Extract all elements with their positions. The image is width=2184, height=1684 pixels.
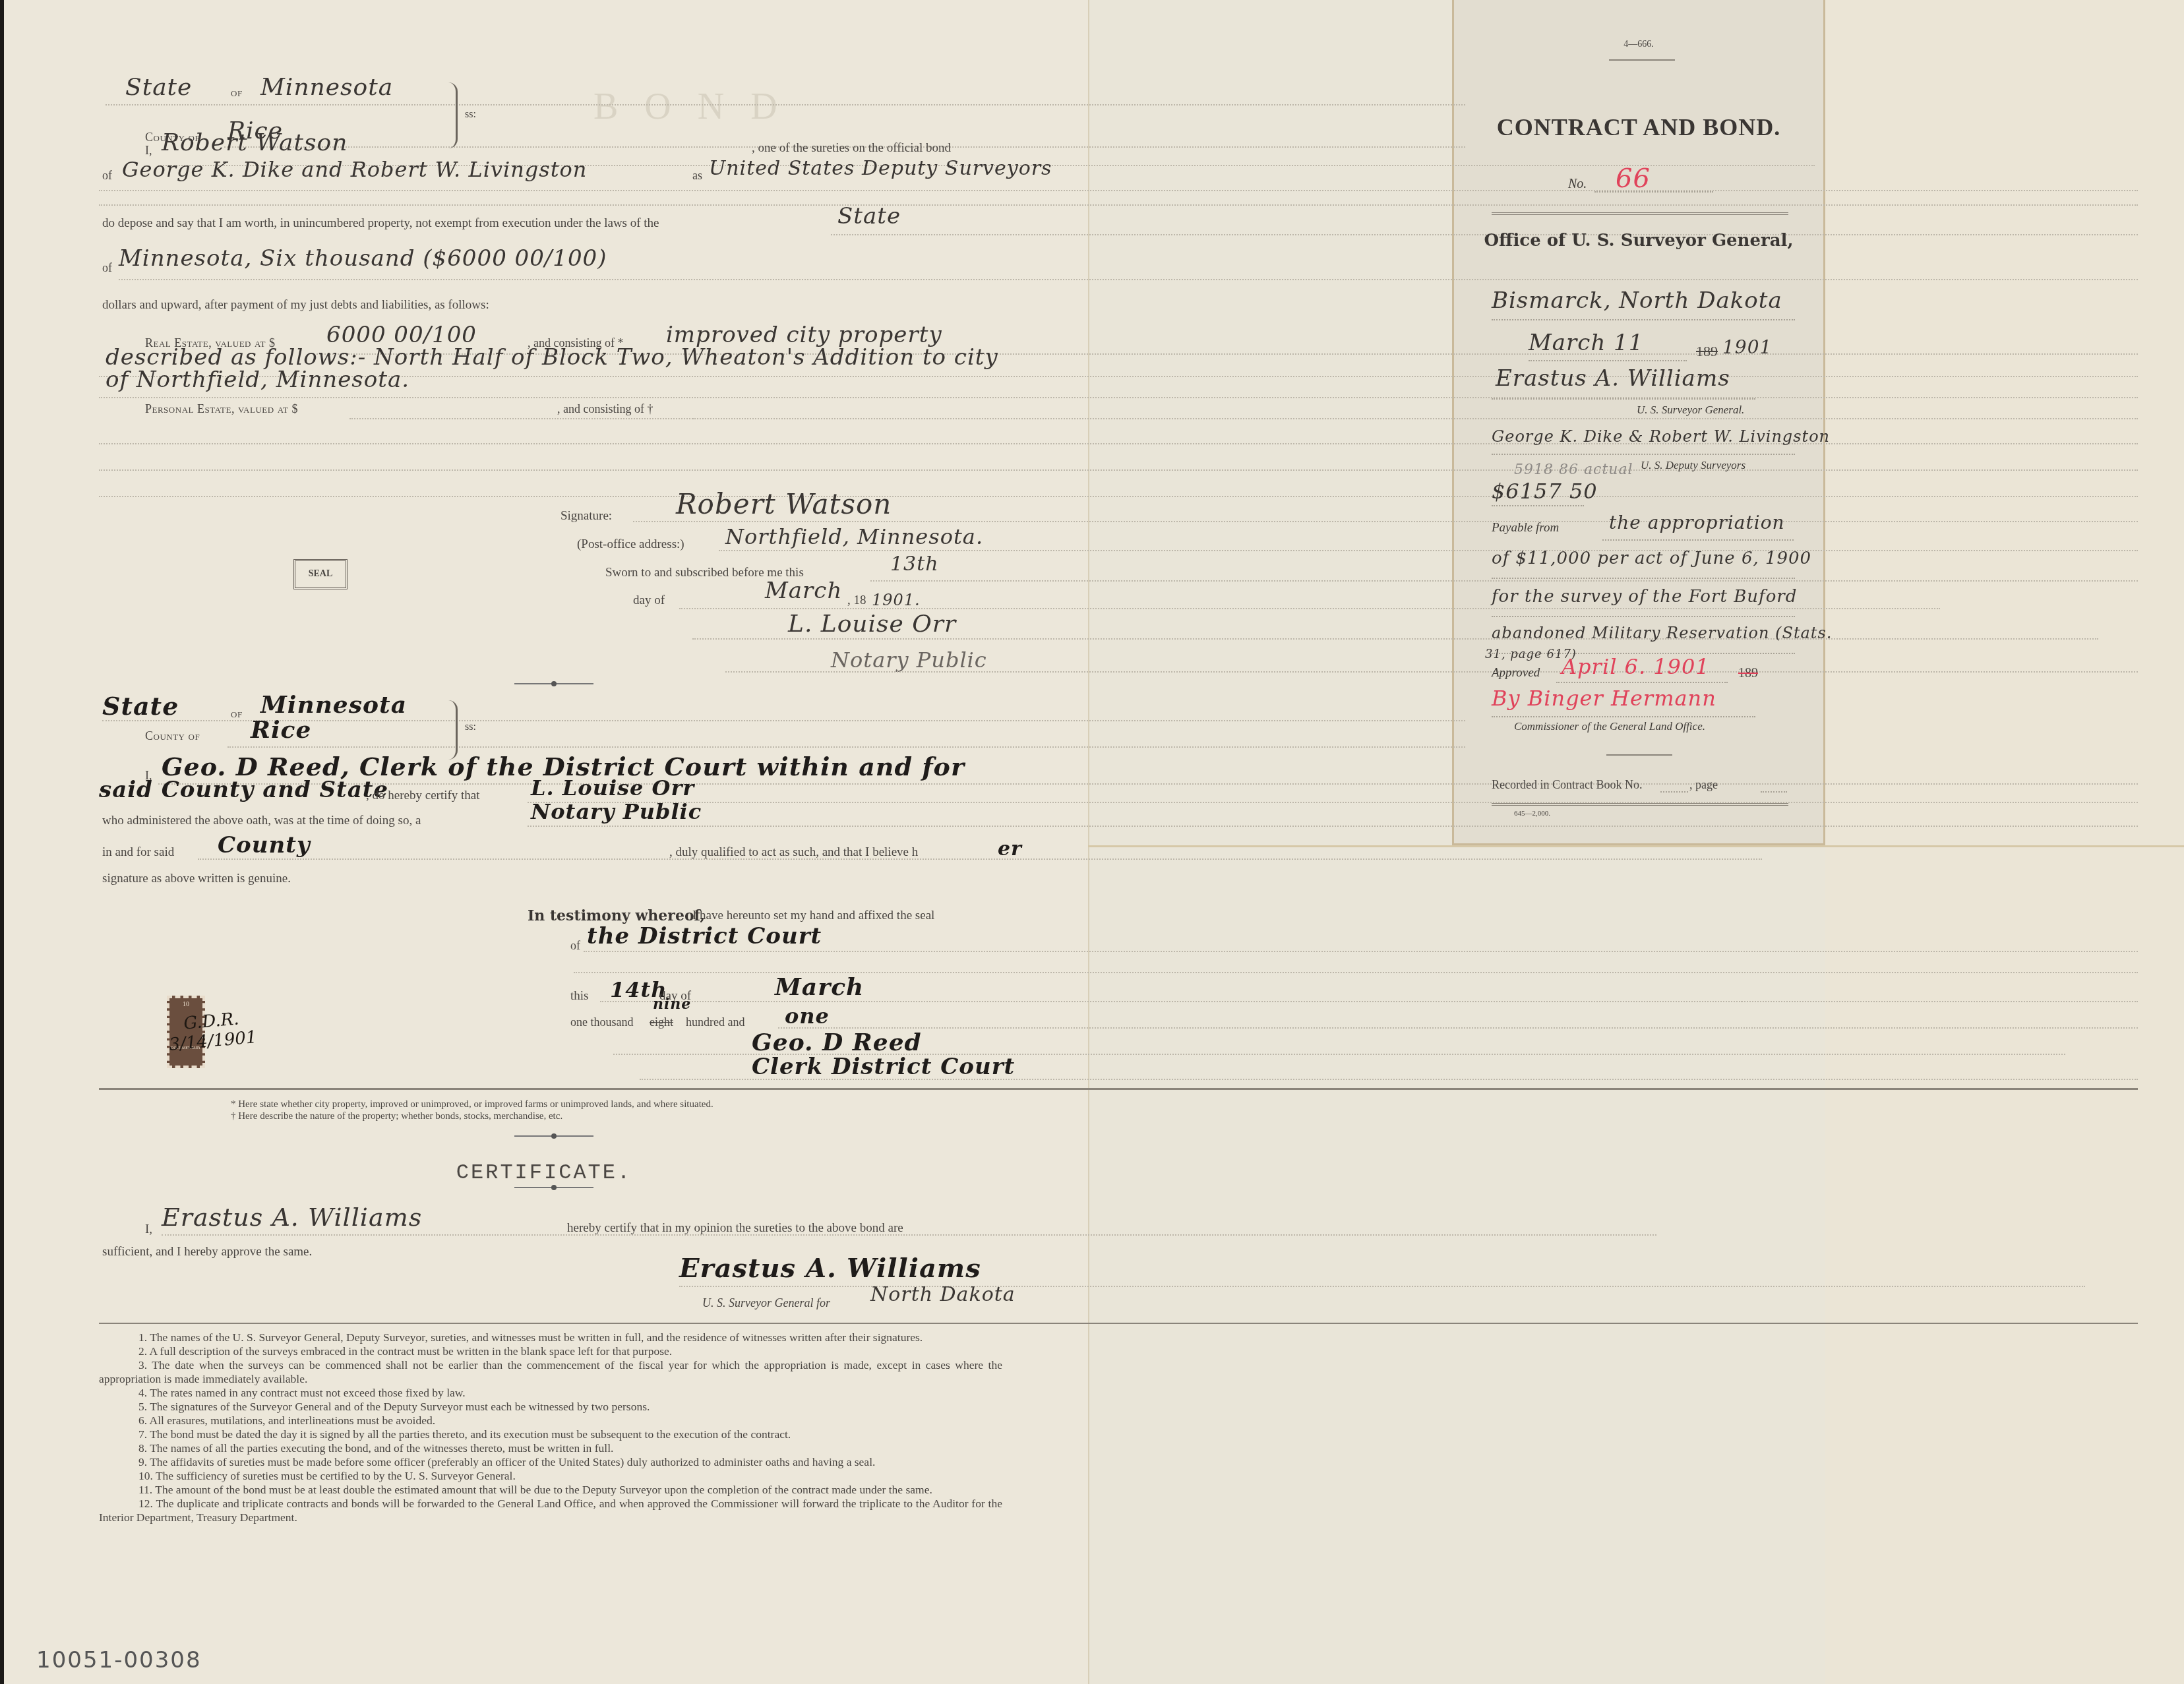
notary-title: Notary Public <box>831 647 987 673</box>
approved-year-struck: 189 <box>1738 666 1758 681</box>
notary-signature: L. Louise Orr <box>788 611 956 638</box>
approved-by-line <box>1492 716 1755 717</box>
certificate-ornament-bottom <box>514 1187 593 1188</box>
deputy-names: George K. Dike & Robert W. Livingston <box>1492 427 1830 446</box>
bond-watermark: BOND <box>593 86 804 128</box>
principals-line <box>99 190 2138 191</box>
number-label: No. <box>1568 177 1587 192</box>
cert-year-line <box>778 1027 2138 1029</box>
approved-by: By Binger Hermann <box>1492 686 1716 711</box>
approved-label: Approved <box>1492 666 1540 680</box>
instruction-item: 3. The date when the surveys can be comm… <box>99 1358 1002 1386</box>
genuine-text: signature as above written is genuine. <box>102 872 291 886</box>
seal-of-line <box>584 951 2138 952</box>
payable-line-2: of $11,000 per act of June 6, 1900 <box>1492 549 1811 568</box>
clerk-county-value: Rice <box>251 716 311 744</box>
clerk-of-label: of <box>231 707 243 721</box>
cover-year-struck: 189 <box>1696 343 1718 360</box>
blank-line-3 <box>99 469 2138 471</box>
instruction-item: 8. The names of all the parties executin… <box>99 1441 1002 1455</box>
instruction-item: 10. The sufficiency of sureties must be … <box>99 1469 1002 1483</box>
clerk-statement-2: said County and State <box>99 777 388 803</box>
instruction-item: 1. The names of the U. S. Surveyor Gener… <box>99 1331 1002 1344</box>
clerk-notary-name: L. Louise Orr <box>531 775 694 800</box>
date-line <box>1529 360 1687 361</box>
deputy-line <box>1492 454 1795 455</box>
clerk-state-value: Minnesota <box>260 691 407 719</box>
certificate-title: CERTIFICATE. <box>0 1160 1088 1185</box>
sworn-day: 13th <box>890 553 939 576</box>
recorded-page-line <box>1761 791 1787 793</box>
year-prefix: , 18 <box>847 593 866 608</box>
century-struck: eight <box>650 1015 673 1029</box>
cover-rule-top <box>1609 59 1675 61</box>
instruction-item: 5. The signatures of the Surveyor Genera… <box>99 1400 1002 1414</box>
clerk-county-label: County of <box>145 729 200 743</box>
in-and-for-label: in and for said <box>102 845 174 860</box>
testimony-label: In testimony whereof, <box>528 907 705 924</box>
deputy-title: U. S. Deputy Surveyors <box>1641 459 1745 472</box>
century-inserted: nine <box>653 996 691 1013</box>
payable-line-4: abandoned Military Reservation (Stats. <box>1492 624 1832 642</box>
payable-line-3: for the survey of the Fort Buford <box>1492 587 1797 607</box>
jurisdiction: County <box>218 832 311 858</box>
footnote-rule <box>99 1088 2138 1090</box>
jurisdiction-line <box>198 858 1762 860</box>
footnotes: * Here state whether city property, impr… <box>231 1098 713 1122</box>
print-run: 645—2,000. <box>1514 810 1550 818</box>
approved-date: April 6. 1901 <box>1562 654 1710 679</box>
capacity: United States Deputy Surveyors <box>709 157 1052 180</box>
approved-line <box>1556 682 1728 683</box>
instruction-item: 7. The bond must be dated the day it is … <box>99 1428 1002 1441</box>
blank-middle-panel <box>1088 0 1452 1684</box>
this-label: this <box>570 989 588 1004</box>
footnote-dagger: † Here describe the nature of the proper… <box>231 1110 713 1122</box>
blank-right-panel <box>1825 0 2184 1684</box>
laws-of-value: State <box>837 203 901 229</box>
affiant-name: Robert Watson <box>162 129 348 156</box>
certifier-line <box>162 1234 1656 1236</box>
worth-of-label: of <box>102 261 112 275</box>
state-value: Minnesota <box>260 74 393 101</box>
state-label-hand: State <box>125 74 192 101</box>
payable-rule-3 <box>1492 616 1795 617</box>
horizontal-fold <box>1088 845 2184 847</box>
page-label: , page <box>1689 778 1718 792</box>
instructions-list: 1. The names of the U. S. Surveyor Gener… <box>99 1331 1002 1524</box>
surveyor-general-title: U. S. Surveyor General. <box>1637 404 1744 417</box>
contract-number: 66 <box>1616 164 1651 194</box>
ss-brace <box>448 82 458 148</box>
instruction-item: 11. The amount of the bond must be at le… <box>99 1483 1002 1497</box>
blank-lower-panel <box>1452 845 1825 1684</box>
real-estate-desc-line-3 <box>99 397 2138 398</box>
thousand-label: one thousand <box>570 1015 633 1029</box>
cover-year: 1901 <box>1722 336 1772 358</box>
clerk-ss-label: ss: <box>465 721 476 733</box>
administered-text: who administered the above oath, was at … <box>102 814 421 828</box>
sworn-year: 1901. <box>872 591 921 609</box>
form-number: 4—666. <box>1452 40 1825 50</box>
cover-place: Bismarck, North Dakota <box>1492 287 1782 314</box>
surety-text: , one of the sureties on the official bo… <box>752 141 951 156</box>
clerk-certify-text: , do hereby certify that <box>366 789 480 803</box>
cert-year: one <box>785 1004 830 1029</box>
certificate-certify-text: hereby certify that in my opinion the su… <box>567 1221 903 1236</box>
instruction-item: 6. All erasures, mutilations, and interl… <box>99 1414 1002 1428</box>
certificate-ornament-top <box>514 1135 593 1137</box>
signature-line <box>633 521 2138 522</box>
clerk-title: Clerk District Court <box>752 1054 1015 1080</box>
pencil-note: 5918 86 actual <box>1514 462 1633 478</box>
payable-line-1: the appropriation <box>1609 512 1785 533</box>
amount-line <box>1492 505 1584 506</box>
notary-signature-line <box>692 638 2098 640</box>
personal-consisting-label: , and consisting of † <box>557 402 653 416</box>
clerk-notary-line <box>528 802 2138 803</box>
surveyor-state: North Dakota <box>870 1283 1016 1306</box>
qualified-text: , duly qualified to act as such, and tha… <box>669 845 918 860</box>
i-label: I, <box>145 144 152 158</box>
clerk-ss-brace <box>448 700 458 760</box>
commissioner-title: Commissioner of the General Land Office. <box>1514 720 1705 733</box>
clerk-statement-line-1 <box>158 783 2138 785</box>
worth-line <box>119 279 2138 280</box>
bond-of-label: of <box>102 169 112 183</box>
recorded-label: Recorded in Contract Book No. <box>1492 778 1642 792</box>
revenue-stamp: 10 DOCUMENTARY G.D.R. 3/14/1901 <box>167 996 205 1068</box>
post-office-line <box>719 550 2138 551</box>
sworn-month: March <box>765 578 842 604</box>
post-office-label: (Post-office address:) <box>577 537 684 552</box>
instruction-item: 12. The duplicate and triplicate contrac… <box>99 1497 1002 1524</box>
day-of-label: day of <box>633 593 665 608</box>
of-label: of <box>231 86 243 100</box>
testimony-text: I have hereunto set my hand and affixed … <box>692 909 934 923</box>
blank-line-1 <box>99 204 2138 206</box>
surveyor-general-signature: Erastus A. Williams <box>679 1253 981 1284</box>
clerk-title-line <box>640 1079 2138 1080</box>
blank-line-4 <box>99 496 2138 497</box>
signature-label: Signature: <box>561 509 612 524</box>
instruction-item: 2. A full description of the surveys emb… <box>99 1344 1002 1358</box>
clerk-notary-title-line <box>528 826 2138 827</box>
clerk-county-line <box>228 746 1465 748</box>
personal-consisting-line <box>692 418 2138 419</box>
certificate-i-label: I, <box>145 1222 152 1237</box>
stamp-denomination: 10 <box>169 1001 202 1008</box>
seal-of-label: of <box>570 939 580 953</box>
clerk-state-label: State <box>102 691 179 721</box>
depose-text: do depose and say that I am worth, in un… <box>102 216 659 231</box>
cover-date: March 11 <box>1529 330 1643 356</box>
surveyor-general-line <box>1492 398 1755 400</box>
post-office-value: Northfield, Minnesota. <box>725 524 983 549</box>
cover-title: CONTRACT AND BOND. <box>1452 113 1825 141</box>
cover-rule-bottom <box>1606 754 1672 756</box>
cover-rule-double <box>1492 212 1788 215</box>
payable-rule-2 <box>1492 578 1795 579</box>
bond-amount: $6157 50 <box>1492 479 1598 504</box>
stamp-cancellation: G.D.R. 3/14/1901 <box>167 1007 258 1054</box>
cover-rule-footer <box>1492 803 1788 806</box>
state-line <box>106 104 1465 105</box>
section-ornament <box>514 683 593 684</box>
catalog-number: 10051-00308 <box>36 1647 202 1673</box>
office-heading: Office of U. S. Surveyor General, <box>1452 231 1825 251</box>
notary-seal-placeholder: SEAL <box>293 559 348 589</box>
sworn-day-line <box>870 580 2138 582</box>
cert-month-line <box>719 1001 2138 1002</box>
personal-estate-label: Personal Estate, valued at $ <box>145 402 298 416</box>
payable-label: Payable from <box>1492 521 1559 535</box>
payable-rule-1 <box>1602 539 1794 541</box>
sworn-month-line <box>679 608 1940 609</box>
seal-of-value: the District Court <box>587 923 822 949</box>
recorded-book-line <box>1660 791 1688 793</box>
instruction-item: 4. The rates named in any contract must … <box>99 1386 1002 1400</box>
principals: George K. Dike and Robert W. Livingston <box>122 157 587 182</box>
clerk-signature: Geo. D Reed <box>752 1029 922 1056</box>
certifier-name: Erastus A. Williams <box>162 1203 422 1232</box>
cert-month: March <box>775 973 864 1001</box>
worth-value: Minnesota, Six thousand ($6000 00/100) <box>119 245 607 272</box>
ss-label: ss: <box>465 109 476 121</box>
instruction-item: 9. The affidavits of sureties must be ma… <box>99 1455 1002 1469</box>
blank-line-2 <box>99 443 2138 444</box>
certificate-approve-text: sufficient, and I hereby approve the sam… <box>102 1245 312 1259</box>
surveyor-general-name: Erastus A. Williams <box>1496 365 1730 392</box>
as-label: as <box>692 169 702 183</box>
instructions-rule <box>99 1323 2138 1324</box>
place-line <box>1492 319 1795 320</box>
pronoun-suffix: er <box>998 837 1022 860</box>
dollars-text: dollars and upward, after payment of my … <box>102 298 489 313</box>
real-estate-desc-3: of Northfield, Minnesota. <box>106 367 409 393</box>
notary-title-line <box>725 671 2138 673</box>
number-line <box>1594 191 1713 193</box>
hundred-label: hundred and <box>686 1015 744 1029</box>
footnote-asterisk: * Here state whether city property, impr… <box>231 1098 713 1110</box>
clerk-notary-title: Notary Public <box>531 799 702 824</box>
affiant-signature: Robert Watson <box>676 488 892 520</box>
surveyor-title-label: U. S. Surveyor General for <box>702 1296 830 1310</box>
